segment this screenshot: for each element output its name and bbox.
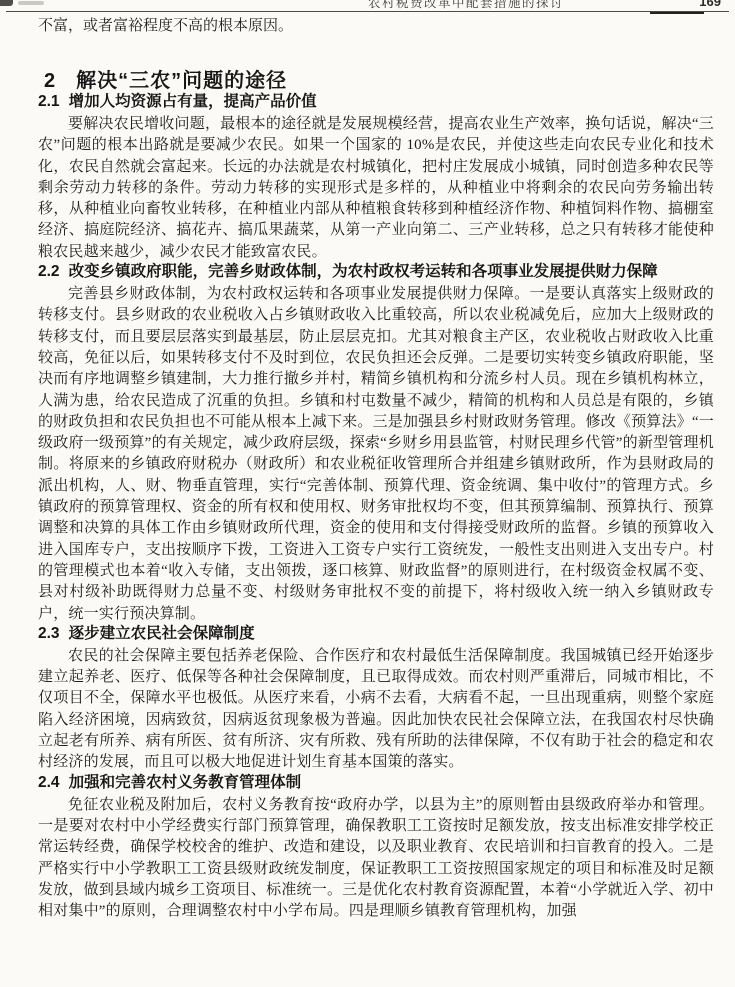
- subsection-2-4-heading: 2.4加强和完善农村义务教育管理体制: [38, 774, 714, 792]
- subsection-2-4-paragraph: 免征农业税及附加后，农村义务教育按“政府办学，以县为主”的原则暂由县级政府举办和…: [38, 795, 714, 923]
- carryover-paragraph: 不富，或者富裕程度不高的根本原因。: [38, 16, 714, 37]
- subsection-2-1-paragraph: 要解决农民增收问题，最根本的途径就是发展规模经营，提高农业生产效率，换句话说，解…: [38, 114, 714, 263]
- subsection-title: 加强和完善农村义务教育管理体制: [69, 774, 302, 791]
- subsection-2-3-heading: 2.3逐步建立农民社会保障制度: [38, 625, 714, 643]
- subsection-2-2-paragraph: 完善县乡财政体制，为农村政权运转和各项事业发展提供财力保障。一是要认真落实上级财…: [38, 284, 714, 625]
- header-divider-rule: [6, 11, 729, 12]
- subsection-number: 2.4: [38, 774, 60, 791]
- subsection-number: 2.1: [38, 93, 60, 110]
- page-number: 169: [699, 0, 721, 9]
- subsection-2-1-heading: 2.1增加人均资源占有量，提高产品价值: [38, 93, 714, 111]
- section-number: 2: [44, 70, 56, 92]
- running-header: 农村税费改革中配套措施的探讨 169: [0, 0, 735, 11]
- scan-corner-artifact: [0, 0, 13, 6]
- header-divider-rule-dark: [650, 12, 704, 14]
- scan-smudge-artifact: [18, 1, 44, 5]
- page-body: 不富，或者富裕程度不高的根本原因。 2解决“三农”问题的途径 2.1增加人均资源…: [38, 16, 714, 922]
- subsection-2-2-heading: 2.2改变乡镇政府职能，完善乡财政体制，为农村政权考运转和各项事业发展提供财力保…: [38, 263, 714, 281]
- subsection-number: 2.3: [38, 625, 60, 642]
- scanned-paper-page: 农村税费改革中配套措施的探讨 169 不富，或者富裕程度不高的根本原因。 2解决…: [0, 0, 735, 987]
- section-2-heading: 2解决“三农”问题的途径: [44, 64, 714, 93]
- running-title-text: 农村税费改革中配套措施的探讨: [368, 0, 564, 11]
- subsection-2-3-paragraph: 农民的社会保障主要包括养老保险、合作医疗和农村最低生活保障制度。我国城镇已经开始…: [38, 646, 714, 774]
- subsection-title: 增加人均资源占有量，提高产品价值: [69, 93, 317, 110]
- subsection-number: 2.2: [38, 263, 60, 280]
- section-title: 解决“三农”问题的途径: [76, 70, 287, 92]
- subsection-title: 改变乡镇政府职能，完善乡财政体制，为农村政权考运转和各项事业发展提供财力保障: [69, 263, 658, 280]
- subsection-title: 逐步建立农民社会保障制度: [69, 625, 255, 642]
